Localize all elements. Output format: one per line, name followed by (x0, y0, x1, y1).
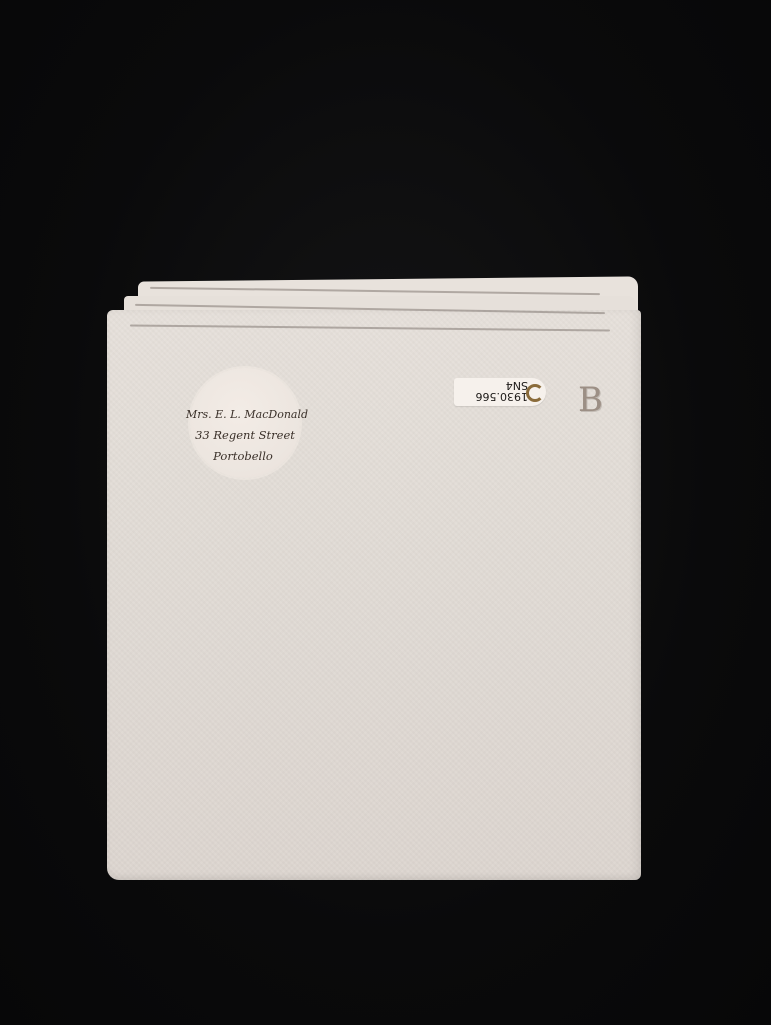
accession-number: 1930.566 SN4 (458, 380, 528, 402)
embroidered-monogram: B (578, 380, 603, 420)
address-line-name: Mrs. E. L. MacDonald (182, 408, 312, 421)
accession-number-line: 1930.566 (458, 391, 528, 402)
folded-towel (107, 310, 641, 880)
address-line-street: 33 Regent Street (180, 428, 310, 442)
tag-ring-icon (526, 384, 544, 402)
address-line-town: Portobello (178, 449, 308, 463)
